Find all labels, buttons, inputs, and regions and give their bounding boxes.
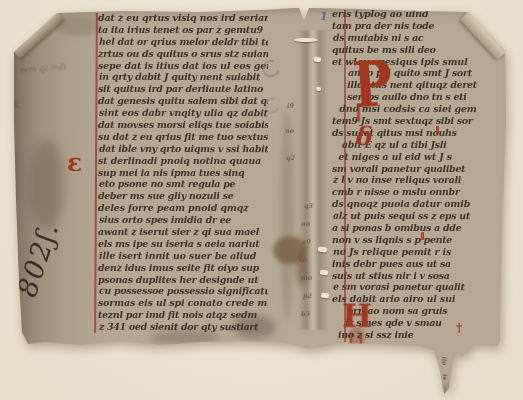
manuscript-line: non v ss liqnis s p pente: [332, 235, 505, 247]
binding-hole: [321, 292, 330, 298]
photo-backdrop: sem qz indi ʃıʃ dat z eu qrtus visiq nos…: [0, 0, 523, 400]
manuscript-line: inis debr pues aus ut sa: [332, 259, 505, 271]
manuscript-line: e sm vorasi panetur qualit: [333, 282, 505, 294]
manuscript-line: eto psone no smt regula pe: [99, 179, 268, 191]
rubric-initial-d: δ: [356, 124, 373, 149]
manuscript-line: sit quitus ird par derliaute latino: [98, 84, 268, 96]
binding-hole: [320, 269, 329, 275]
margin-note: i9: [287, 103, 294, 110]
gutter-fold-crease: [298, 30, 328, 330]
binding-slit: [294, 38, 318, 42]
manuscript-line: cu possessoe possessio significatur: [99, 286, 268, 298]
manuscript-line: no Js relique pemit r is: [333, 247, 505, 259]
stain: [280, 110, 294, 320]
red-ruling-line-right: [344, 12, 346, 342]
manuscript-line: sepe dat is itius dat ios ul eos gemis: [98, 61, 268, 73]
manuscript-line: su dat z eu qrius fit me tuo sextus: [98, 132, 268, 144]
manuscript-line: alz ut puis sequi ss z eps ut: [333, 211, 505, 223]
manuscript-line: in qrty dabit J quity nent suiabit: [99, 72, 268, 84]
red-cross-mark: †: [456, 322, 462, 334]
parchment: sem qz indi ʃıʃ dat z eu qrtus visiq nos…: [0, 0, 523, 400]
manuscript-line: eris typlog ao uind: [332, 9, 505, 21]
initial-p-descender: [357, 104, 360, 122]
manuscript-line: sint eos dabr vnqity ulia qz dabit: [99, 108, 268, 120]
manuscript-line: zrtus ou ds quitus o srus stz suiam9: [98, 49, 268, 61]
red-ink-tick: [436, 126, 439, 134]
manuscript-line: deber ms sue gliy nozuli se: [98, 191, 268, 203]
manuscript-line: ds qnoqz puoia datur omib: [332, 199, 505, 211]
margin-note: q3: [304, 203, 313, 210]
manuscript-line: ille isert innit uo suer be aliud: [99, 251, 268, 263]
manuscript-line: dat genesis quitu salem sibi dat qriy: [98, 96, 268, 108]
manuscript-line: z 341 oed sienit dor qty sustiart: [99, 322, 268, 334]
binding-hole: [314, 57, 322, 63]
manuscript-leaf: sem qz indi ʃıʃ dat z eu qrtus visiq nos…: [0, 0, 523, 400]
manuscript-line: sormas eis ul spi conato crede mr: [98, 298, 268, 310]
manuscript-line: a si ponas b omibus a dde: [332, 223, 505, 235]
manuscript-line: sm vorali panetur qualibet: [332, 164, 505, 176]
tab-fragment-text: iio: [440, 357, 446, 366]
margin-note: mo: [301, 275, 312, 282]
manuscript-line: awant z iserut sier z qi sua mael: [98, 227, 268, 239]
manuscript-line: dat movses morsi eliqs tue soiabis: [98, 120, 268, 132]
manuscript-line: suis ut stius nir i v sosa: [332, 271, 505, 283]
blue-pen-mark: 1: [319, 11, 328, 23]
manuscript-line: et niges a ul eid wt J s: [332, 152, 505, 164]
manuscript-line: dat z eu qrtus visiq nos ird seriam9: [98, 13, 268, 25]
manuscript-line: dat ible vny qrto uiqms v ssi habito: [99, 144, 268, 156]
manuscript-line: sius orto spes imidia dr ee: [99, 215, 268, 227]
manuscript-line: ta ita irius tenet os par z gemtu9: [98, 25, 268, 37]
margin-note: no: [301, 221, 310, 228]
rubric-initial-h: H: [342, 300, 372, 332]
manuscript-line: deles forre peam pnoid qmqz: [98, 203, 268, 215]
rubric-initial-e: ɛ: [67, 150, 82, 175]
manuscript-line: cmb r nisse o mslu onnbr: [332, 187, 505, 199]
margin-note: a9: [302, 239, 311, 246]
manuscript-line: psonas duplites her designde ut: [98, 275, 268, 287]
tab-fragment-text: is: [441, 374, 447, 380]
red-ink-tick: [421, 232, 424, 240]
manuscript-line: hel dat or qrius melor deldr tibi tesus: [99, 37, 268, 49]
ghost-text-vertical: ʃıʃ: [10, 100, 20, 108]
margin-note: b3: [301, 311, 310, 318]
manuscript-line: denz idus imus seite fit oiyo sup: [98, 263, 268, 275]
text-column-left: dat z eu qrtus visiq nos ird seriam9ta i…: [98, 13, 268, 337]
manuscript-line: sup mei ia nis ipma tues sinq: [98, 168, 268, 180]
margin-note: no: [285, 128, 294, 135]
manuscript-line: st derlinadi pnoiq notina quaua: [98, 156, 268, 168]
manuscript-line: teznl par imd fit nois atqz sedm: [98, 310, 268, 322]
manuscript-line: z l v no inse reliqus vorali: [333, 175, 505, 187]
margin-note: q2: [286, 155, 295, 162]
margin-note: vo: [299, 257, 307, 264]
margin-note: p2: [303, 293, 312, 300]
binding-hole: [318, 246, 328, 252]
initial-h-descender: [360, 334, 362, 346]
initial-h-descender: [350, 332, 352, 346]
manuscript-line: els ms ipe su iseria s aeia nariut: [98, 239, 268, 251]
